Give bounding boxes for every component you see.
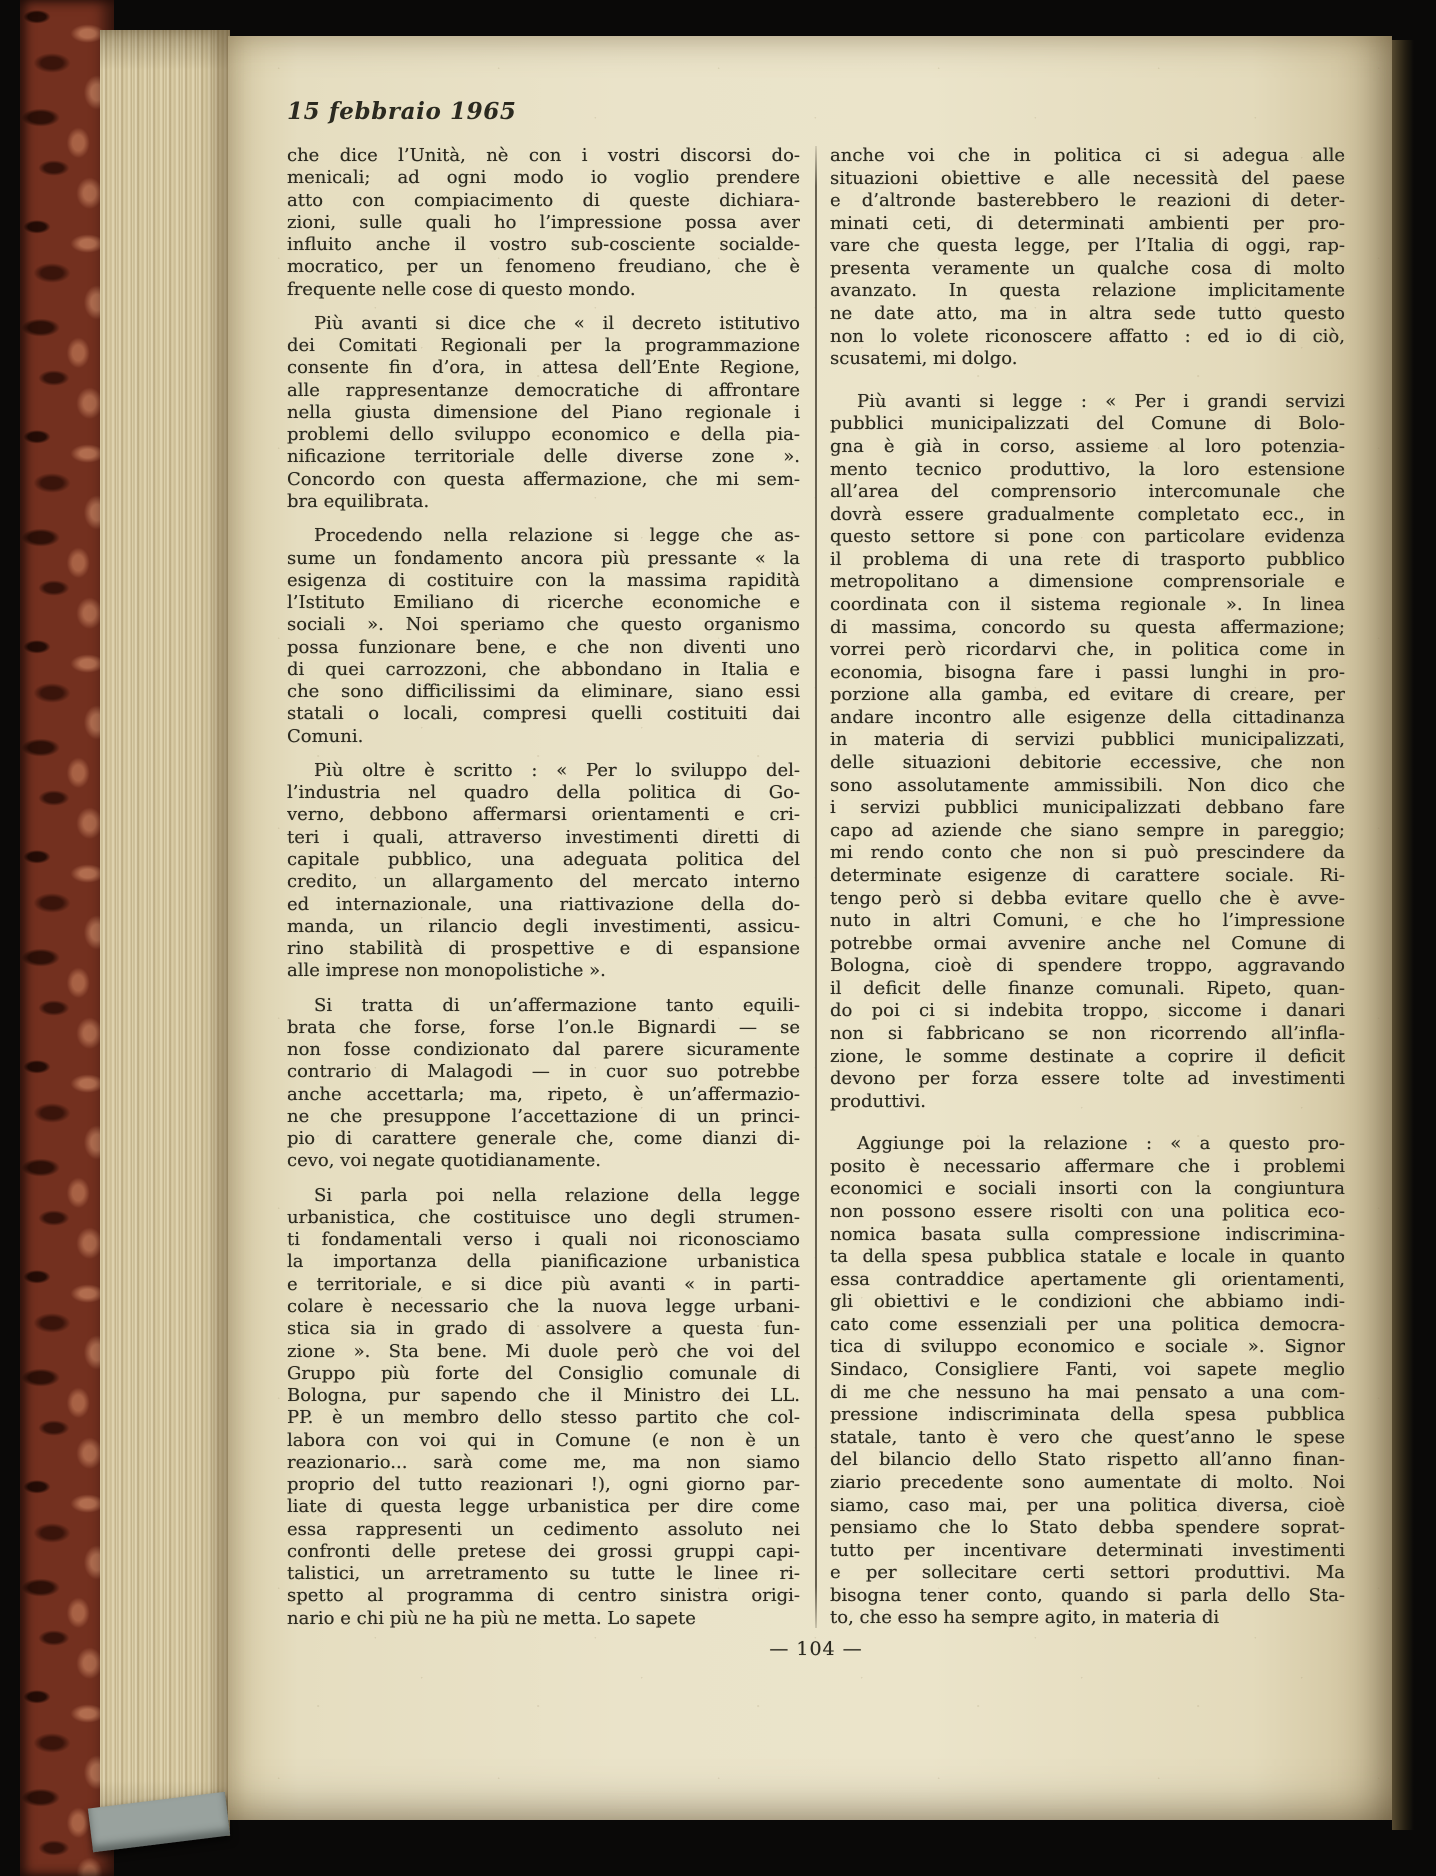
text-line: Gruppo più forte del Consiglio comunale …: [287, 1363, 800, 1385]
text-column-left: che dice l’Unità, nè con i vostri discor…: [287, 145, 800, 1630]
text-line: contrario di Malagodi — in cuor suo potr…: [287, 1061, 800, 1083]
text-line: zione, le somme destinate a coprire il d…: [830, 1046, 1345, 1069]
text-line: minati ceti, di determinati ambienti per…: [830, 213, 1345, 236]
text-line: essa contraddice apertamente gli orienta…: [830, 1269, 1345, 1292]
text-line: sono assolutamente ammissibili. Non dico…: [830, 775, 1345, 798]
text-line: bra equilibrata.: [287, 491, 800, 513]
text-line: cato come essenziali per una politica de…: [830, 1314, 1345, 1337]
text-line: Aggiunge poi la relazione : « a questo p…: [830, 1133, 1345, 1156]
paragraph: Si tratta di un’affermazione tanto equil…: [287, 995, 800, 1173]
text-line: la importanza della pianificazione urban…: [287, 1251, 800, 1273]
text-line: credito, un allargamento del mercato int…: [287, 871, 800, 893]
text-line: labora con voi qui in Comune (e non è un: [287, 1430, 800, 1452]
text-line: avanzato. In questa relazione implicitam…: [830, 280, 1345, 303]
text-line: il deficit delle finanze comunali. Ripet…: [830, 978, 1345, 1001]
text-line: capo ad aziende che siano sempre in pare…: [830, 820, 1345, 843]
text-line: nario e chi più ne ha più ne metta. Lo s…: [287, 1608, 800, 1630]
text-line: zioni, sulle quali ho l’impressione poss…: [287, 212, 800, 234]
text-line: di massima, concordo su questa affermazi…: [830, 617, 1345, 640]
text-line: anche accettarla; ma, ripeto, è un’affer…: [287, 1084, 800, 1106]
text-line: sociali ». Noi speriamo che questo organ…: [287, 614, 800, 636]
text-line: produttivi.: [830, 1091, 1345, 1114]
text-line: menicali; ad ogni modo io voglio prender…: [287, 167, 800, 189]
text-line: alle imprese non monopolistiche ».: [287, 960, 800, 982]
page-edge-stack: [100, 30, 230, 1836]
text-line: metropolitano a dimensione comprensorial…: [830, 571, 1345, 594]
text-line: determinate esigenze di carattere social…: [830, 865, 1345, 888]
text-line: Si tratta di un’affermazione tanto equil…: [287, 995, 800, 1017]
text-line: statale, tanto è vero che quest’anno le …: [830, 1427, 1345, 1450]
text-line: l’Istituto Emiliano di ricerche economic…: [287, 592, 800, 614]
text-line: e territoriale, e si dice più avanti « i…: [287, 1274, 800, 1296]
page-header-date: 15 febbraio 1965: [287, 98, 516, 125]
text-line: Procedendo nella relazione si legge che …: [287, 525, 800, 547]
text-line: sume un fondamento ancora più pressante …: [287, 548, 800, 570]
column-divider-rule: [815, 146, 817, 1628]
text-line: e d’altronde basterebbero le reazioni di…: [830, 190, 1345, 213]
text-line: gna è già in corso, assieme al loro pote…: [830, 436, 1345, 459]
text-line: situazioni obiettive e alle necessità de…: [830, 168, 1345, 191]
text-line: brata che forse, forse l’on.le Bignardi …: [287, 1017, 800, 1039]
text-line: cevo, voi negate quotidianamente.: [287, 1150, 800, 1172]
text-line: essa rappresenti un cedimento assoluto n…: [287, 1519, 800, 1541]
text-line: devono per forza essere tolte ad investi…: [830, 1068, 1345, 1091]
page-block-right-edge: [1392, 40, 1414, 1830]
text-line: Più oltre è scritto : « Per lo sviluppo …: [287, 760, 800, 782]
text-line: liate di questa legge urbanistica per di…: [287, 1496, 800, 1518]
text-line: colare è necessario che la nuova legge u…: [287, 1296, 800, 1318]
text-line: scusatemi, mi dolgo.: [830, 348, 1345, 371]
paragraph: Procedendo nella relazione si legge che …: [287, 525, 800, 748]
text-line: zione ». Sta bene. Mi duole però che voi…: [287, 1341, 800, 1363]
text-line: Più avanti si legge : « Per i grandi ser…: [830, 391, 1345, 414]
text-line: alle rappresentanze democratiche di affr…: [287, 380, 800, 402]
text-line: nuto in altri Comuni, e che ho l’impress…: [830, 910, 1345, 933]
paragraph: anche voi che in politica ci si adegua a…: [830, 145, 1345, 371]
text-line: porzione alla gamba, ed evitare di crear…: [830, 684, 1345, 707]
text-line: ti fondamentali verso i quali noi ricono…: [287, 1229, 800, 1251]
text-line: economici e sociali insorti con la congi…: [830, 1178, 1345, 1201]
paragraph: Si parla poi nella relazione della legge…: [287, 1185, 800, 1630]
paragraph: Più oltre è scritto : « Per lo sviluppo …: [287, 760, 800, 983]
text-line: in materia di servizi pubblici municipal…: [830, 729, 1345, 752]
text-line: rino stabilità di prospettive e di espan…: [287, 938, 800, 960]
text-line: possa funzionare bene, e che non diventi…: [287, 637, 800, 659]
text-line: urbanistica, che costituisce uno degli s…: [287, 1207, 800, 1229]
text-line: proprio del tutto reazionari !), ogni gi…: [287, 1474, 800, 1496]
text-line: tutto per incentivare determinati invest…: [830, 1540, 1345, 1563]
paragraph: Più avanti si dice che « il decreto isti…: [287, 313, 800, 513]
text-line: il problema di una rete di trasporto pub…: [830, 549, 1345, 572]
text-line: economia, bisogna fare i passi lunghi in…: [830, 662, 1345, 685]
text-line: do poi ci si indebita troppo, siccome i …: [830, 1000, 1345, 1023]
text-line: questo settore si pone con particolare e…: [830, 526, 1345, 549]
text-line: nomica basata sulla compressione indiscr…: [830, 1224, 1345, 1247]
text-line: stica sia in grado di assolvere a questa…: [287, 1318, 800, 1340]
text-line: esigenza di costituire con la massima ra…: [287, 570, 800, 592]
text-line: del bilancio dello Stato rispetto all’an…: [830, 1449, 1345, 1472]
text-line: verno, debbono affermarsi orientamenti e…: [287, 804, 800, 826]
text-line: nella giusta dimensione del Piano region…: [287, 402, 800, 424]
text-line: influito anche il vostro sub-cosciente s…: [287, 234, 800, 256]
text-line: reazionario... sarà come me, ma non siam…: [287, 1452, 800, 1474]
text-line: Bologna, pur sapendo che il Ministro dei…: [287, 1385, 800, 1407]
text-line: teri i quali, attraverso investimenti di…: [287, 827, 800, 849]
text-line: ne date atto, ma in altra sede tutto que…: [830, 303, 1345, 326]
text-line: non possono essere risolti con una polit…: [830, 1201, 1345, 1224]
paragraph: Più avanti si legge : « Per i grandi ser…: [830, 391, 1345, 1114]
text-line: coordinata con il sistema regionale ». I…: [830, 594, 1345, 617]
text-line: consente fin d’ora, in attesa dell’Ente …: [287, 357, 800, 379]
text-line: bisogna tener conto, quando si parla del…: [830, 1585, 1345, 1608]
text-line: mi rendo conto che non si può prescinder…: [830, 842, 1345, 865]
text-line: Sindaco, Consigliere Fanti, voi sapete m…: [830, 1359, 1345, 1382]
text-line: l’industria nel quadro della politica di…: [287, 782, 800, 804]
text-line: delle situazioni debitorie eccessive, ch…: [830, 752, 1345, 775]
text-line: pubblici municipalizzati del Comune di B…: [830, 413, 1345, 436]
text-line: statali o locali, compresi quelli costit…: [287, 703, 800, 725]
text-line: ne che presuppone l’accettazione di un p…: [287, 1106, 800, 1128]
text-line: potrebbe ormai avvenire anche nel Comune…: [830, 933, 1345, 956]
text-line: dei Comitati Regionali per la programmaz…: [287, 335, 800, 357]
scanned-book-page: 15 febbraio 1965 che dice l’Unità, nè co…: [0, 0, 1436, 1876]
text-line: e per sollecitare certi settori produtti…: [830, 1562, 1345, 1585]
text-line: frequente nelle cose di questo mondo.: [287, 279, 800, 301]
text-line: tica di sviluppo economico e sociale ». …: [830, 1336, 1345, 1359]
text-line: andare incontro alle esigenze della citt…: [830, 707, 1345, 730]
text-line: problemi dello sviluppo economico e dell…: [287, 424, 800, 446]
text-line: vare che questa legge, per l’Italia di o…: [830, 235, 1345, 258]
text-line: talistici, un arretramento su tutte le l…: [287, 1563, 800, 1585]
text-line: non lo volete riconoscere affatto : ed i…: [830, 326, 1345, 349]
text-line: che dice l’Unità, nè con i vostri discor…: [287, 145, 800, 167]
text-line: che sono difficilissimi da eliminare, si…: [287, 681, 800, 703]
text-line: mocratico, per un fenomeno freudiano, ch…: [287, 256, 800, 278]
text-line: PP. è un membro dello stesso partito che…: [287, 1407, 800, 1429]
text-line: gli obiettivi e le condizioni che abbiam…: [830, 1291, 1345, 1314]
text-line: spetto al programma di centro sinistra o…: [287, 1585, 800, 1607]
text-line: mento tecnico produttivo, la loro estens…: [830, 459, 1345, 482]
text-line: dovrà essere gradualmente completato ecc…: [830, 504, 1345, 527]
text-line: nificazione territoriale delle diverse z…: [287, 446, 800, 468]
text-line: i servizi pubblici municipalizzati debba…: [830, 797, 1345, 820]
text-line: pensiamo che lo Stato debba spendere sop…: [830, 1517, 1345, 1540]
text-line: pressione indiscriminata della spesa pub…: [830, 1404, 1345, 1427]
text-line: Comuni.: [287, 726, 800, 748]
text-line: Più avanti si dice che « il decreto isti…: [287, 313, 800, 335]
text-line: confronti delle pretese dei grossi grupp…: [287, 1541, 800, 1563]
page-number: — 104 —: [700, 1638, 932, 1660]
text-line: non si fabbricano se non ricorrendo all’…: [830, 1023, 1345, 1046]
text-line: Si parla poi nella relazione della legge: [287, 1185, 800, 1207]
text-line: pio di carattere generale che, come dian…: [287, 1128, 800, 1150]
text-line: manda, un rilancio degli investimenti, a…: [287, 916, 800, 938]
text-line: anche voi che in politica ci si adegua a…: [830, 145, 1345, 168]
text-line: non fosse condizionato dal parere sicura…: [287, 1039, 800, 1061]
text-line: Concordo con questa affermazione, che mi…: [287, 469, 800, 491]
text-line: di me che nessuno ha mai pensato a una c…: [830, 1382, 1345, 1405]
text-line: presenta veramente un qualche cosa di mo…: [830, 258, 1345, 281]
text-line: ed internazionale, una riattivazione del…: [287, 894, 800, 916]
text-line: to, che esso ha sempre agito, in materia…: [830, 1607, 1345, 1630]
text-line: ta della spesa pubblica statale e locale…: [830, 1246, 1345, 1269]
text-line: tengo però si debba evitare quello che è…: [830, 888, 1345, 911]
text-column-right: anche voi che in politica ci si adegua a…: [830, 145, 1345, 1630]
text-line: Bologna, cioè di spendere troppo, aggrav…: [830, 955, 1345, 978]
text-line: atto con compiacimento di queste dichiar…: [287, 190, 800, 212]
text-line: vorrei però ricordarvi che, in politica …: [830, 639, 1345, 662]
paragraph: Aggiunge poi la relazione : « a questo p…: [830, 1133, 1345, 1630]
text-line: capitale pubblico, una adeguata politica…: [287, 849, 800, 871]
text-line: ziario precedente sono aumentate di molt…: [830, 1472, 1345, 1495]
text-line: di quei carrozzoni, che abbondano in Ita…: [287, 659, 800, 681]
paragraph: che dice l’Unità, nè con i vostri discor…: [287, 145, 800, 301]
text-line: siamo, caso mai, per una politica divers…: [830, 1495, 1345, 1518]
text-line: posito è necessario affermare che i prob…: [830, 1156, 1345, 1179]
text-line: all’area del comprensorio intercomunale …: [830, 481, 1345, 504]
